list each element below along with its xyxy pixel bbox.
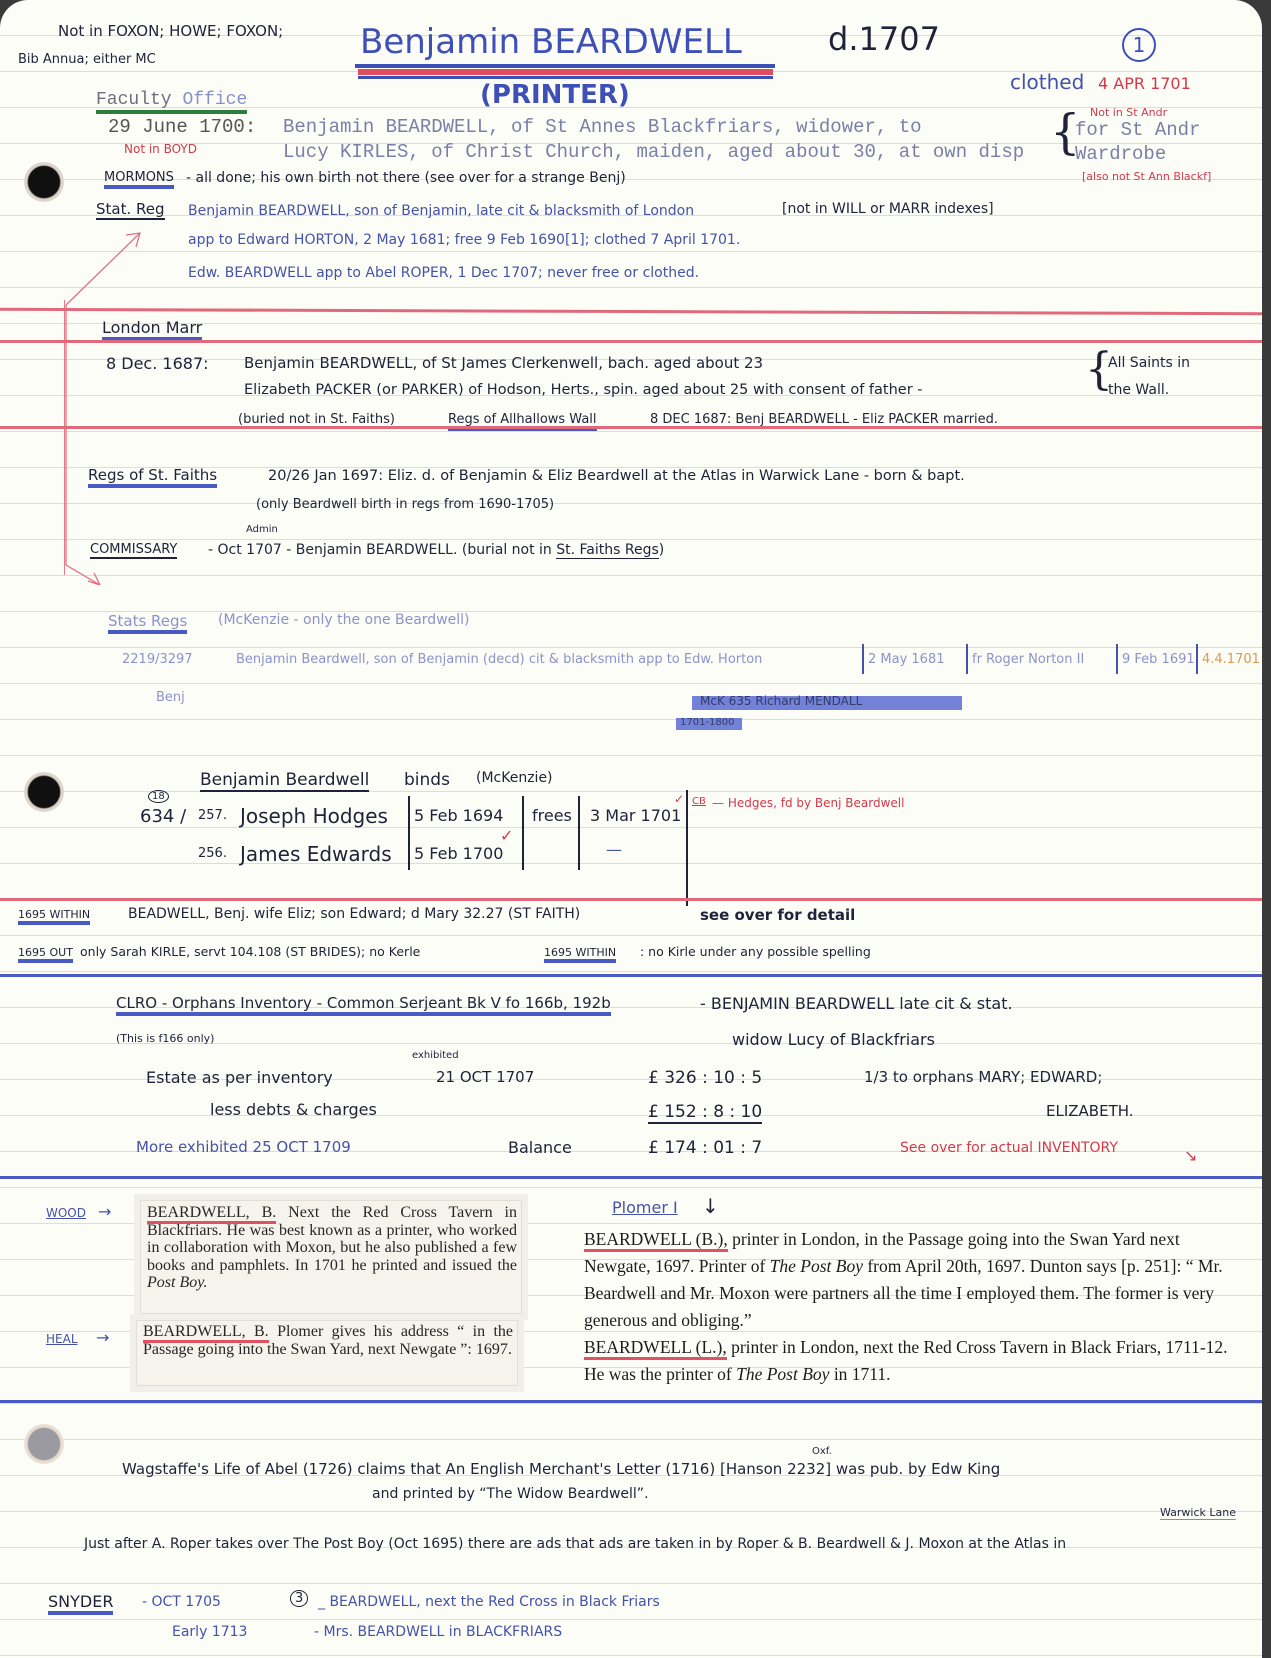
estate-amount: £ 326 : 10 : 5 <box>648 1068 762 1088</box>
faculty-date: 29 June 1700: <box>108 116 256 138</box>
snyder-ref: 3 <box>290 1590 308 1607</box>
binds-row-status: frees <box>532 806 572 825</box>
binder-hole <box>24 162 64 202</box>
top-note-1: Not in FOXON; HOWE; FOXON; <box>58 22 283 40</box>
plomer-entry-italic: The Post Boy <box>736 1364 829 1384</box>
section-divider <box>0 308 1262 315</box>
all-saints-line-2: the Wall. <box>1108 382 1169 398</box>
benj-note: Benj <box>156 690 185 705</box>
circled-ref: 18 <box>148 790 169 803</box>
section-divider <box>0 1400 1262 1403</box>
stats-regs-label: Stats Regs <box>108 612 187 634</box>
binds-row-num: 256. <box>198 846 227 861</box>
mormons-text: - all done; his own birth not there (see… <box>186 170 626 186</box>
brace-note-bottom: [also not St Ann Blackf] <box>1082 170 1211 183</box>
snyder-row-2-date: Early 1713 <box>172 1624 247 1640</box>
cell-divider <box>966 644 968 674</box>
faculty-office-heading: Faculty Office <box>96 90 247 114</box>
brace-line-1: for St Andr <box>1075 119 1200 141</box>
stat-reg-bracket: [not in WILL or MARR indexes] <box>782 201 994 217</box>
stat-reg-line-3: Edw. BEARDWELL app to Abel ROPER, 1 Dec … <box>188 265 699 281</box>
cb-label: CB <box>692 796 706 807</box>
london-marr-line-2: Elizabeth PACKER (or PARKER) of Hodson, … <box>244 382 923 398</box>
binds-row-name: Joseph Hodges <box>240 804 388 828</box>
section-divider <box>0 974 1262 977</box>
clro-heading: CLRO - Orphans Inventory - Common Serjea… <box>116 994 611 1016</box>
title-underline-red <box>358 69 773 75</box>
wood-entry-italic: Post Boy. <box>147 1274 207 1291</box>
snyder-label: SNYDER <box>48 1592 113 1615</box>
table-divider <box>522 796 524 870</box>
death-year: d.1707 <box>828 20 940 58</box>
exhibited-note: exhibited <box>412 1050 459 1061</box>
binds-heading: Benjamin Beardwell <box>200 770 369 792</box>
london-marr-line-1: Benjamin BEARDWELL, of St James Clerkenw… <box>244 354 763 372</box>
st-faiths-line-2: (only Beardwell birth in regs from 1690-… <box>256 497 554 512</box>
title-underline <box>358 76 773 79</box>
see-over-inventory: See over for actual INVENTORY <box>900 1140 1118 1156</box>
binds-row-date: 5 Feb 1700 <box>414 844 503 863</box>
check-icon: ✓ <box>674 792 684 806</box>
admin-note: Admin <box>246 524 278 535</box>
wood-clipping: BEARDWELL, B. Next the Red Cross Tavern … <box>140 1200 522 1314</box>
heal-clipping: BEARDWELL, B. Plomer gives his address “… <box>136 1320 518 1386</box>
table-divider <box>686 790 688 906</box>
debts-label: less debts & charges <box>210 1100 377 1119</box>
orphans-line-1: 1/3 to orphans MARY; EDWARD; <box>864 1068 1102 1086</box>
mormons-label: MORMONS <box>104 170 174 189</box>
more-exhibited: More exhibited 25 OCT 1709 <box>136 1138 351 1156</box>
page-title: Benjamin BEARDWELL <box>360 22 742 62</box>
stats-regs-cell-5: 4.4.1701 <box>1202 652 1260 667</box>
commissary-label: COMMISSARY <box>90 542 177 559</box>
london-marr-date: 8 Dec. 1687: <box>106 354 209 373</box>
binds-ref-prefix: 634 / <box>140 806 186 827</box>
census-out-label: 1695 OUT <box>18 946 73 963</box>
census-out-text: only Sarah KIRLE, servt 104.108 (ST BRID… <box>80 944 420 959</box>
london-marr-label: London Marr <box>102 318 202 341</box>
brace-line-2: Wardrobe <box>1075 143 1166 165</box>
table-divider <box>578 796 580 870</box>
binder-hole <box>24 772 64 812</box>
heading-part: Office <box>182 90 247 110</box>
binds-row-date: 5 Feb 1694 <box>414 806 503 825</box>
clothed-label: clothed <box>1010 70 1084 94</box>
orphans-line-2: ELIZABETH. <box>1046 1102 1134 1120</box>
heal-entry: BEARDWELL, B. Plomer gives his address “… <box>137 1321 517 1358</box>
stats-regs-cell-4: 9 Feb 1691 <box>1122 652 1195 667</box>
snyder-row-1-text: _ BEARDWELL, next the Red Cross in Black… <box>318 1594 660 1610</box>
stats-regs-note: (McKenzie - only the one Beardwell) <box>218 612 470 628</box>
cell-divider <box>1196 644 1198 674</box>
arrow-icon: → <box>96 1328 109 1347</box>
arrow-icon: ↘ <box>1184 1146 1197 1165</box>
plomer-entry-name: BEARDWELL (L.), <box>584 1337 727 1360</box>
section-divider <box>0 1176 1262 1179</box>
census-within2-text: : no Kirle under any possible spelling <box>640 944 871 959</box>
not-in-boyd-note: Not in BOYD <box>124 142 197 156</box>
heal-label: HEAL <box>46 1332 78 1346</box>
london-marr-line-3: 8 DEC 1687: Benj BEARDWELL - Eliz PACKER… <box>650 412 998 427</box>
cell-divider <box>862 644 864 674</box>
commissary-text-part: - Oct 1707 - Benjamin BEARDWELL. (burial… <box>208 542 552 558</box>
binds-row-freed: — <box>606 840 622 859</box>
top-note-2: Bib Annua; either MC <box>18 52 156 67</box>
census-see-over: see over for detail <box>700 906 855 924</box>
stats-regs-ref: 2219/3297 <box>122 652 193 667</box>
plomer-entry-1: BEARDWELL (B.), printer in London, in th… <box>584 1226 1244 1334</box>
plomer-label: Plomer I <box>612 1198 678 1217</box>
stat-reg-label: Stat. Reg <box>96 200 165 220</box>
arrow-down-icon: ↓ <box>702 1194 719 1218</box>
red-arrow-icon <box>60 225 150 585</box>
wood-label: WOOD <box>46 1206 86 1220</box>
subtitle: (PRINTER) <box>480 80 630 110</box>
cb-note: — Hedges, fd by Benj Beardwell <box>712 796 904 810</box>
census-within-text: BEADWELL, Benj. wife Eliz; son Edward; d… <box>128 906 580 922</box>
wagstaffe-line-2: and printed by “The Widow Beardwell”. <box>372 1486 649 1502</box>
notebook-page: Not in FOXON; HOWE; FOXON; Bib Annua; ei… <box>0 0 1262 1658</box>
snyder-row-1-date: - OCT 1705 <box>142 1594 221 1610</box>
wood-entry: BEARDWELL, B. Next the Red Cross Tavern … <box>141 1201 521 1292</box>
st-faiths-line-1: 20/26 Jan 1697: Eliz. d. of Benjamin & E… <box>268 468 965 484</box>
stats-regs-cell-2: 2 May 1681 <box>868 652 945 667</box>
snyder-row-2-text: - Mrs. BEARDWELL in BLACKFRIARS <box>314 1624 562 1640</box>
commissary-text: - Oct 1707 - Benjamin BEARDWELL. (burial… <box>208 542 664 558</box>
scribble-text: 1701-1800 <box>680 717 735 728</box>
london-marr-buried: (buried not in St. Faiths) <box>238 412 395 427</box>
clothed-date: 4 APR 1701 <box>1098 74 1191 93</box>
estate-label: Estate as per inventory <box>146 1068 333 1087</box>
scribble-text: McK 635 Richard MENDALL <box>700 694 862 708</box>
stats-regs-cell-3: fr Roger Norton II <box>972 652 1084 667</box>
oxf-note: Oxf. <box>812 1446 832 1457</box>
section-divider <box>0 898 1262 901</box>
title-underline <box>355 64 775 68</box>
plomer-entry-name: BEARDWELL (B.), <box>584 1229 728 1252</box>
estate-date: 21 OCT 1707 <box>436 1068 534 1086</box>
census-within-label: 1695 WITHIN <box>18 908 90 925</box>
stats-regs-cell-1: Benjamin Beardwell, son of Benjamin (dec… <box>236 652 762 667</box>
clro-heading-tail: - BENJAMIN BEARDWELL late cit & stat. <box>700 994 1013 1013</box>
stat-reg-line-1: Benjamin BEARDWELL, son of Benjamin, lat… <box>188 203 694 219</box>
st-faiths-label: Regs of St. Faiths <box>88 466 217 488</box>
section-divider <box>0 340 1262 343</box>
stat-reg-line-2: app to Edward HORTON, 2 May 1681; free 9… <box>188 232 740 248</box>
wagstaffe-line-1: Wagstaffe's Life of Abel (1726) claims t… <box>122 1460 1000 1478</box>
plomer-entry-text: in 1711. <box>834 1364 891 1384</box>
clro-note: (This is f166 only) <box>116 1032 214 1045</box>
binds-source: (McKenzie) <box>476 770 553 786</box>
commissary-text-part: St. Faiths Regs <box>556 542 659 559</box>
debts-amount: £ 152 : 8 : 10 <box>648 1102 762 1124</box>
table-divider <box>408 796 410 870</box>
brace-note-top: Not in St Andr <box>1090 106 1167 119</box>
heading-part: Faculty <box>96 90 172 110</box>
cell-divider <box>1116 644 1118 674</box>
all-saints-line-1: All Saints in <box>1108 355 1190 371</box>
plomer-entry-2: BEARDWELL (L.), printer in London, next … <box>584 1334 1244 1388</box>
census-within2-label: 1695 WITHIN <box>544 946 616 963</box>
binds-row-name: James Edwards <box>240 842 392 866</box>
faculty-line-1: Benjamin BEARDWELL, of St Annes Blackfri… <box>283 116 922 138</box>
post-boy-line: Just after A. Roper takes over The Post … <box>84 1536 1066 1552</box>
binder-hole <box>24 1424 64 1464</box>
balance-label: Balance <box>508 1138 572 1157</box>
binds-row-freed: 3 Mar 1701 <box>590 806 681 825</box>
arrow-icon: → <box>98 1202 111 1221</box>
commissary-text-part: ) <box>659 542 664 558</box>
insert-note: Warwick Lane <box>1160 1506 1236 1520</box>
page-number: 1 <box>1122 28 1156 62</box>
check-icon: ✓ <box>500 826 513 845</box>
faculty-line-2: Lucy KIRLES, of Christ Church, maiden, a… <box>283 141 1024 163</box>
clro-widow: widow Lucy of Blackfriars <box>732 1030 935 1049</box>
binds-label: binds <box>404 770 450 790</box>
binds-row-num: 257. <box>198 808 227 823</box>
plomer-entry-italic: The Post Boy <box>770 1256 863 1276</box>
balance-amount: £ 174 : 01 : 7 <box>648 1138 762 1158</box>
section-divider <box>0 426 1262 429</box>
